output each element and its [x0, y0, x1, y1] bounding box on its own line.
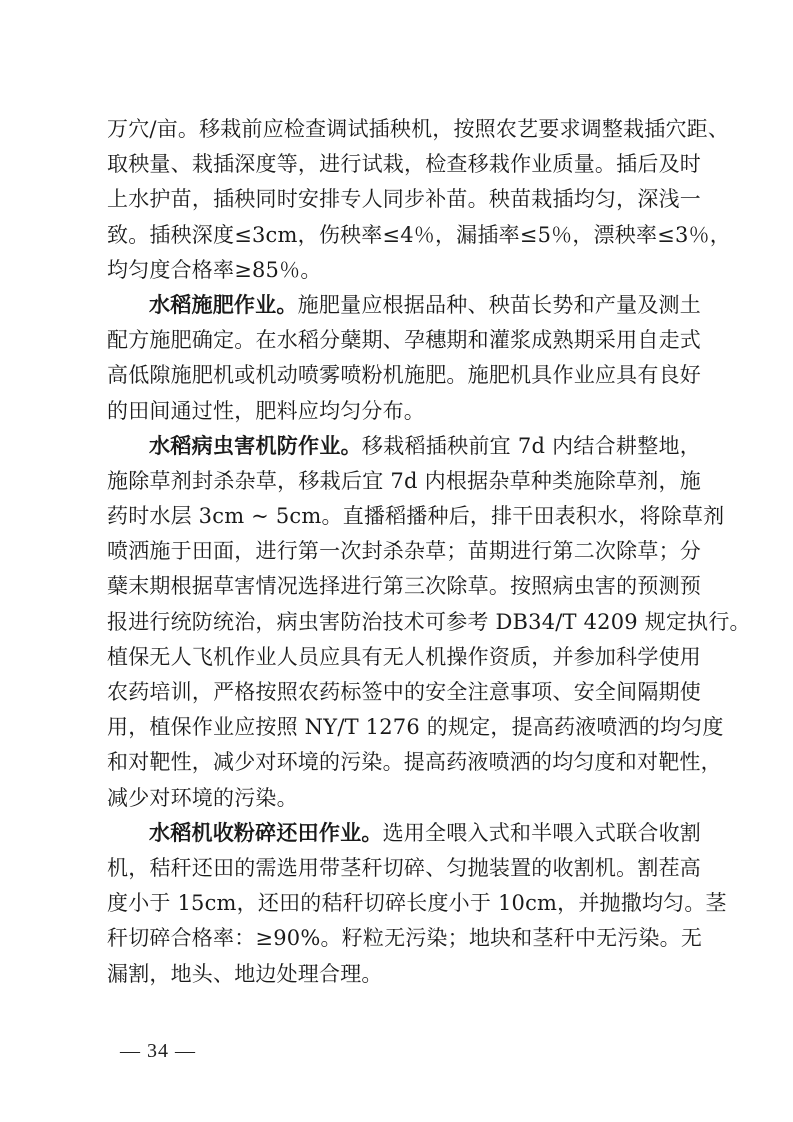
text-line: 药时水层 3cm ~ 5cm。直播稻播种后，排干田表积水，将除草剂	[107, 499, 701, 534]
section-heading: 水稻施肥作业。	[149, 293, 298, 317]
text-line: 和对靶性，减少对环境的污染。提高药液喷洒的均匀度和对靶性，	[107, 745, 701, 780]
paragraph-transplanting-continuation: 万穴/亩。移栽前应检查调试插秧机，按照农艺要求调整栽插穴距、 取秧量、栽插深度等…	[107, 112, 701, 288]
paragraph-pest-control: 水稻病虫害机防作业。移栽稻插秧前宜 7d 内结合耕整地， 施除草剂封杀杂草，移栽…	[107, 429, 701, 816]
text-line: 农药培训，严格按照农药标签中的安全注意事项、安全间隔期使	[107, 675, 701, 710]
text-line: 均匀度合格率≥85％。	[107, 253, 701, 288]
text-line: 的田间通过性，肥料应均匀分布。	[107, 394, 701, 429]
text-line: 蘖末期根据草害情况选择进行第三次除草。按照病虫害的预测预	[107, 569, 701, 604]
text-line: 喷洒施于田面，进行第一次封杀杂草；苗期进行第二次除草；分	[107, 534, 701, 569]
text-line: 报进行统防统治，病虫害防治技术可参考 DB34/T 4209 规定执行。	[107, 605, 701, 640]
text-line: 施除草剂封杀杂草，移栽后宜 7d 内根据杂草种类施除草剂，施	[107, 464, 701, 499]
text-line: 水稻施肥作业。施肥量应根据品种、秧苗长势和产量及测土	[107, 288, 701, 323]
text-line: 漏割，地头、地边处理合理。	[107, 957, 701, 992]
section-heading: 水稻机收粉碎还田作业。	[149, 821, 383, 845]
text-line: 度小于 15cm，还田的秸秆切碎长度小于 10cm，并抛撒均匀。茎	[107, 886, 701, 921]
text-line: 减少对环境的污染。	[107, 781, 701, 816]
text-line: 致。插秧深度≤3cm，伤秧率≤4％，漏插率≤5％，漂秧率≤3％，	[107, 218, 701, 253]
text-run: 选用全喂入式和半喂入式联合收割	[383, 821, 701, 845]
text-line: 用，植保作业应按照 NY/T 1276 的规定，提高药液喷洒的均匀度	[107, 710, 701, 745]
text-line: 水稻机收粉碎还田作业。选用全喂入式和半喂入式联合收割	[107, 816, 701, 851]
text-run: 移栽稻插秧前宜 7d 内结合耕整地，	[362, 434, 701, 458]
text-line: 高低隙施肥机或机动喷雾喷粉机施肥。施肥机具作业应具有良好	[107, 358, 701, 393]
text-line: 植保无人飞机作业人员应具有无人机操作资质，并参加科学使用	[107, 640, 701, 675]
text-line: 水稻病虫害机防作业。移栽稻插秧前宜 7d 内结合耕整地，	[107, 429, 701, 464]
text-run: 施肥量应根据品种、秧苗长势和产量及测土	[298, 293, 701, 317]
page-number: — 34 —	[120, 1040, 196, 1063]
text-line: 取秧量、栽插深度等，进行试栽，检查移栽作业质量。插后及时	[107, 147, 701, 182]
text-line: 机，秸秆还田的需选用带茎秆切碎、匀抛装置的收割机。割茬高	[107, 851, 701, 886]
text-line: 秆切碎合格率：≥90%。籽粒无污染；地块和茎秆中无污染。无	[107, 921, 701, 956]
paragraph-fertilization: 水稻施肥作业。施肥量应根据品种、秧苗长势和产量及测土 配方施肥确定。在水稻分蘖期…	[107, 288, 701, 429]
text-line: 万穴/亩。移栽前应检查调试插秧机，按照农艺要求调整栽插穴距、	[107, 112, 701, 147]
text-line: 配方施肥确定。在水稻分蘖期、孕穗期和灌浆成熟期采用自走式	[107, 323, 701, 358]
document-body: 万穴/亩。移栽前应检查调试插秧机，按照农艺要求调整栽插穴距、 取秧量、栽插深度等…	[107, 112, 701, 992]
paragraph-harvest-straw-return: 水稻机收粉碎还田作业。选用全喂入式和半喂入式联合收割 机，秸秆还田的需选用带茎秆…	[107, 816, 701, 992]
text-line: 上水护苗，插秧同时安排专人同步补苗。秧苗栽插均匀，深浅一	[107, 182, 701, 217]
section-heading: 水稻病虫害机防作业。	[149, 434, 362, 458]
